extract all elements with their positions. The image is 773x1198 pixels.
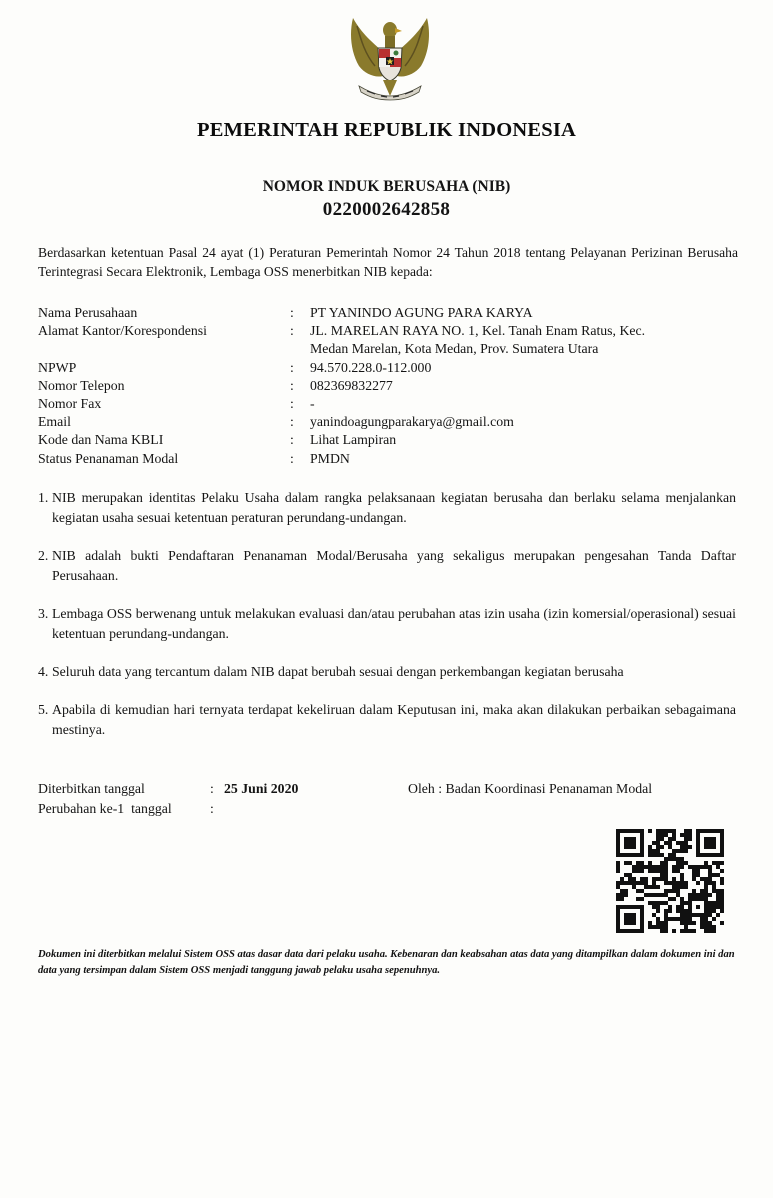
field-value: 94.570.228.0-112.000	[310, 359, 738, 377]
field-value: JL. MARELAN RAYA NO. 1, Kel. Tanah Enam …	[310, 322, 738, 358]
field-colon: :	[288, 431, 310, 449]
nib-number: 0220002642858	[0, 199, 773, 221]
term-number: 4.	[38, 662, 52, 682]
field-colon: :	[288, 304, 310, 322]
term-number: 3.	[38, 604, 52, 644]
issue-colon: :	[210, 779, 224, 799]
field-label: Nomor Telepon	[38, 377, 288, 395]
issued-date-row: Diterbitkan tanggal : 25 Juni 2020	[38, 779, 298, 799]
field-colon: :	[288, 450, 310, 468]
disclaimer: Dokumen ini diterbitkan melalui Sistem O…	[38, 947, 738, 979]
field-investment-status: Status Penanaman Modal : PMDN	[38, 450, 738, 468]
field-label: Kode dan Nama KBLI	[38, 431, 288, 449]
term-item: 5. Apabila di kemudian hari ternyata ter…	[38, 700, 736, 740]
intro-paragraph: Berdasarkan ketentuan Pasal 24 ayat (1) …	[38, 243, 738, 281]
address-line-2: Medan Marelan, Kota Medan, Prov. Sumater…	[310, 341, 598, 356]
field-colon: :	[288, 413, 310, 431]
field-company-name: Nama Perusahaan : PT YANINDO AGUNG PARA …	[38, 304, 738, 322]
term-text: NIB adalah bukti Pendaftaran Penanaman M…	[52, 546, 736, 586]
term-text: Lembaga OSS berwenang untuk melakukan ev…	[52, 604, 736, 644]
issued-date: 25 Juni 2020	[224, 779, 298, 799]
field-kbli: Kode dan Nama KBLI : Lihat Lampiran	[38, 431, 738, 449]
field-colon: :	[288, 322, 310, 358]
field-label: Nomor Fax	[38, 395, 288, 413]
terms-list: 1. NIB merupakan identitas Pelaku Usaha …	[38, 488, 736, 758]
field-value: Lihat Lampiran	[310, 431, 738, 449]
field-fax: Nomor Fax : -	[38, 395, 738, 413]
field-label: Alamat Kantor/Korespondensi	[38, 322, 288, 358]
government-title: PEMERINTAH REPUBLIK INDONESIA	[0, 119, 773, 142]
term-text: NIB merupakan identitas Pelaku Usaha dal…	[52, 488, 736, 528]
term-item: 1. NIB merupakan identitas Pelaku Usaha …	[38, 488, 736, 528]
field-colon: :	[288, 359, 310, 377]
term-text: Seluruh data yang tercantum dalam NIB da…	[52, 662, 736, 682]
issued-label: Diterbitkan tanggal	[38, 779, 210, 799]
field-address: Alamat Kantor/Korespondensi : JL. MARELA…	[38, 322, 738, 358]
field-value: -	[310, 395, 738, 413]
field-label: Email	[38, 413, 288, 431]
field-npwp: NPWP : 94.570.228.0-112.000	[38, 359, 738, 377]
address-line-1: JL. MARELAN RAYA NO. 1, Kel. Tanah Enam …	[310, 323, 645, 338]
issuance-info: Diterbitkan tanggal : 25 Juni 2020 Perub…	[38, 779, 298, 819]
term-number: 2.	[38, 546, 52, 586]
field-label: Nama Perusahaan	[38, 304, 288, 322]
term-number: 1.	[38, 488, 52, 528]
change-label: Perubahan ke-1 tanggal	[38, 799, 210, 819]
field-phone: Nomor Telepon : 082369832277	[38, 377, 738, 395]
term-item: 3. Lembaga OSS berwenang untuk melakukan…	[38, 604, 736, 644]
garuda-emblem-icon	[345, 14, 435, 106]
field-email: Email : yanindoagungparakarya@gmail.com	[38, 413, 738, 431]
field-value: 082369832277	[310, 377, 738, 395]
change-date-row: Perubahan ke-1 tanggal :	[38, 799, 298, 819]
field-colon: :	[288, 395, 310, 413]
field-colon: :	[288, 377, 310, 395]
field-label: NPWP	[38, 359, 288, 377]
field-value: yanindoagungparakarya@gmail.com	[310, 413, 738, 431]
nib-document: PEMERINTAH REPUBLIK INDONESIA NOMOR INDU…	[0, 0, 773, 1198]
issue-colon: :	[210, 799, 224, 819]
term-item: 4. Seluruh data yang tercantum dalam NIB…	[38, 662, 736, 682]
company-fields: Nama Perusahaan : PT YANINDO AGUNG PARA …	[38, 304, 738, 468]
term-number: 5.	[38, 700, 52, 740]
issuer: Oleh : Badan Koordinasi Penanaman Modal	[408, 779, 652, 799]
document-title: NOMOR INDUK BERUSAHA (NIB)	[0, 178, 773, 196]
field-label: Status Penanaman Modal	[38, 450, 288, 468]
field-value: PT YANINDO AGUNG PARA KARYA	[310, 304, 738, 322]
field-value: PMDN	[310, 450, 738, 468]
term-text: Apabila di kemudian hari ternyata terdap…	[52, 700, 736, 740]
term-item: 2. NIB adalah bukti Pendaftaran Penanama…	[38, 546, 736, 586]
qr-code-icon	[616, 829, 724, 933]
